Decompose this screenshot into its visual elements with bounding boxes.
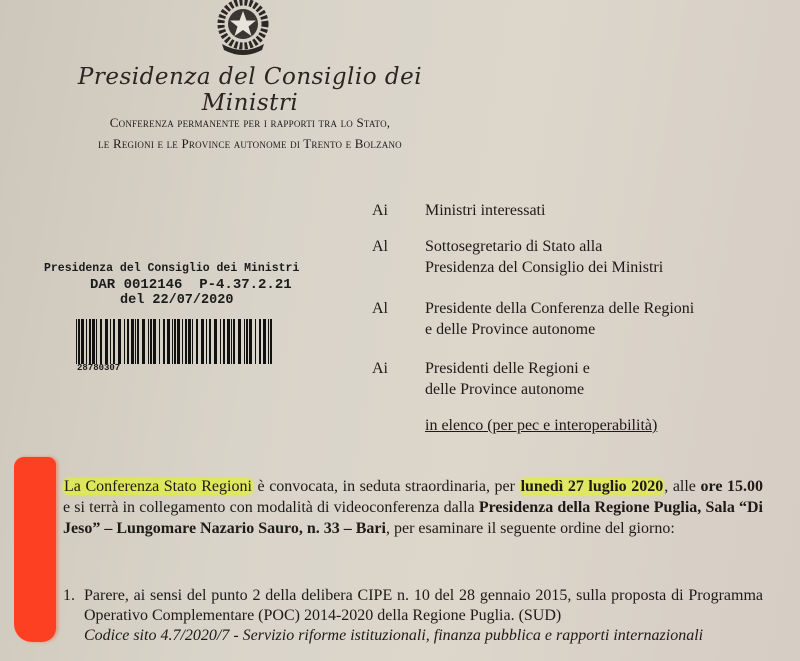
recipient-line: Presidente della Conferenza delle Region… bbox=[425, 298, 694, 319]
agenda-item-text: Parere, ai sensi del punto 2 della delib… bbox=[84, 586, 763, 626]
agenda-item-number: 1. bbox=[63, 586, 75, 606]
recipients-note: in elenco (per pec e interoperabilità) bbox=[425, 417, 657, 435]
recipient-line: e delle Province autonome bbox=[425, 319, 595, 340]
recipient-prefix: Al bbox=[372, 236, 412, 257]
highlighted-text: La Conferenza Stato Regioni bbox=[63, 478, 253, 495]
letterhead-subtitle-2: le Regioni e le Province autonome di Tre… bbox=[70, 136, 430, 152]
stamp-protocol-number: DAR 0012146 P-4.37.2.21 bbox=[90, 277, 299, 293]
body-text: , alle bbox=[664, 478, 700, 495]
stamp-office: Presidenza del Consiglio dei Ministri bbox=[44, 262, 299, 275]
stamp-date: del 22/07/2020 bbox=[120, 293, 299, 308]
body-text: , per esaminare il seguente ordine del g… bbox=[386, 520, 675, 537]
recipient-line: Ministri interessati bbox=[425, 200, 545, 221]
letterhead-title: Presidenza del Consiglio dei Ministri bbox=[60, 64, 440, 116]
italian-republic-emblem-icon bbox=[212, 0, 274, 58]
convocation-paragraph: La Conferenza Stato Regioni è convocata,… bbox=[63, 476, 763, 539]
protocol-stamp: Presidenza del Consiglio dei Ministri DA… bbox=[44, 262, 299, 308]
recipient-prefix: Ai bbox=[372, 358, 412, 379]
barcode bbox=[76, 319, 276, 364]
recipient-line: Sottosegretario di Stato alla bbox=[425, 236, 602, 257]
recipient-line: Presidenza del Consiglio dei Ministri bbox=[425, 257, 663, 278]
body-text: e si terrà in collegamento con modalità … bbox=[63, 499, 479, 516]
recipient-prefix: Ai bbox=[372, 200, 412, 221]
meeting-date: lunedì 27 luglio 2020 bbox=[520, 478, 665, 495]
agenda-item-code: Codice sito 4.7/2020/7 - Servizio riform… bbox=[84, 626, 763, 646]
agenda-item: 1. Parere, ai sensi del punto 2 della de… bbox=[63, 586, 763, 646]
letterhead-subtitle-1: Conferenza permanente per i rapporti tra… bbox=[70, 115, 430, 131]
barcode-number: 28780307 bbox=[77, 363, 120, 373]
recipient-line: delle Province autonome bbox=[425, 379, 584, 400]
recipient-prefix: Al bbox=[372, 298, 412, 319]
recipient-line: Presidenti delle Regioni e bbox=[425, 358, 590, 379]
meeting-time: ore 15.00 bbox=[701, 478, 764, 495]
body-text: è convocata, in seduta straordinaria, pe… bbox=[253, 478, 520, 495]
red-marker-annotation bbox=[14, 457, 56, 642]
